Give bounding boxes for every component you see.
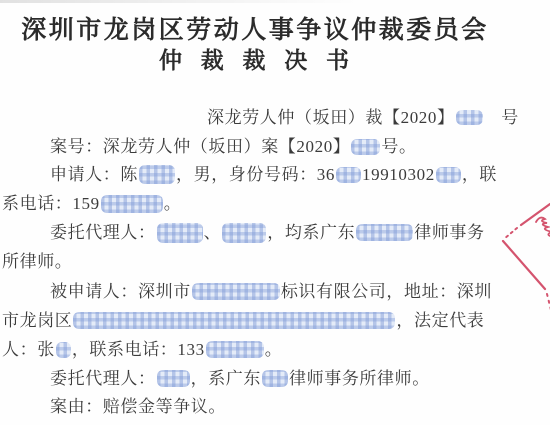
redaction-block [351,139,380,155]
text-segment: 委托代理人： [50,222,156,243]
doc-number-line: 深龙劳人仲（坂田）裁【2020】 号 [207,107,519,128]
text-segment: 市龙岗区 [2,310,72,331]
text-segment: 19910302 [362,164,435,185]
case-cause-line: 案由：赔偿金等争议。 [50,396,226,417]
text-segment: ，均系广东 [267,222,355,243]
redaction-block [192,283,280,300]
text-segment: 律师事务 [414,222,484,243]
arbitration-document-page: 深圳市龙岗区劳动人事争议仲裁委员会 仲 裁 裁 决 书 深龙劳人仲（坂田）裁【2… [0,0,550,425]
text-segment: 人：张 [2,339,55,360]
respondent-address-line: 市龙岗区，法定代表 [2,310,484,331]
seal-character-scribble [536,218,550,236]
text-segment: 。 [164,193,182,214]
text-segment: 标识有限公司，地址：深圳 [281,281,492,302]
text-segment: 。 [265,339,283,360]
redaction-block [73,312,395,329]
redaction-block [139,165,175,184]
redaction-block [262,370,288,387]
text-segment: 号 [484,107,519,128]
case-number-line: 案号：深龙劳人仲（坂田）案【2020】号。 [50,136,417,157]
document-subtitle: 仲 裁 裁 决 书 [0,42,510,75]
redaction-block [356,224,413,241]
respondent-line: 被申请人：深圳市标识有限公司，地址：深圳 [50,281,492,302]
text-segment: 系电话：159 [2,193,100,214]
text-segment: 申请人：陈 [50,164,138,185]
text-segment: 所律师。 [2,251,72,272]
applicant-agent-line-2: 所律师。 [2,251,72,272]
redaction-block [101,195,163,213]
text-segment: 被申请人：深圳市 [50,281,191,302]
applicant-agent-line: 委托代理人：、，均系广东律师事务 [50,222,485,243]
redaction-block [436,167,461,183]
redaction-block [157,223,203,243]
text-segment: 案号：深龙劳人仲（坂田）案【2020】 [50,136,350,157]
applicant-phone-line: 系电话：159。 [2,193,181,214]
respondent-agent-line: 委托代理人：，系广东律师事务所律师。 [50,368,430,389]
text-segment: ，男，身份号码：36 [176,164,335,185]
document-content: 深圳市龙岗区劳动人事争议仲裁委员会 仲 裁 裁 决 书 深龙劳人仲（坂田）裁【2… [0,0,510,425]
respondent-phone-line: 人：张，联系电话：133。 [2,339,282,360]
redaction-block [336,167,361,183]
redaction-block [222,223,266,243]
text-segment: ，系广东 [191,368,261,389]
document-title: 深圳市龙岗区劳动人事争议仲裁委员会 [0,10,510,46]
redaction-block [206,341,264,358]
text-segment: 、 [204,222,222,243]
text-segment: 律师事务所律师。 [289,368,430,389]
text-segment: 深龙劳人仲（坂田）裁【2020】 [207,107,455,128]
text-segment: ，联系电话：133 [72,339,205,360]
text-segment: 案由：赔偿金等争议。 [50,396,226,417]
text-segment: ，法定代表 [396,310,484,331]
text-segment: ，联 [462,164,497,185]
text-segment: 号。 [381,136,416,157]
applicant-line: 申请人：陈，男，身份号码：3619910302，联 [50,164,497,185]
redaction-block [157,370,190,387]
redaction-block [456,110,483,125]
redaction-block [56,342,71,358]
text-segment: 委托代理人： [50,368,156,389]
seal-upper-edge [521,204,550,225]
